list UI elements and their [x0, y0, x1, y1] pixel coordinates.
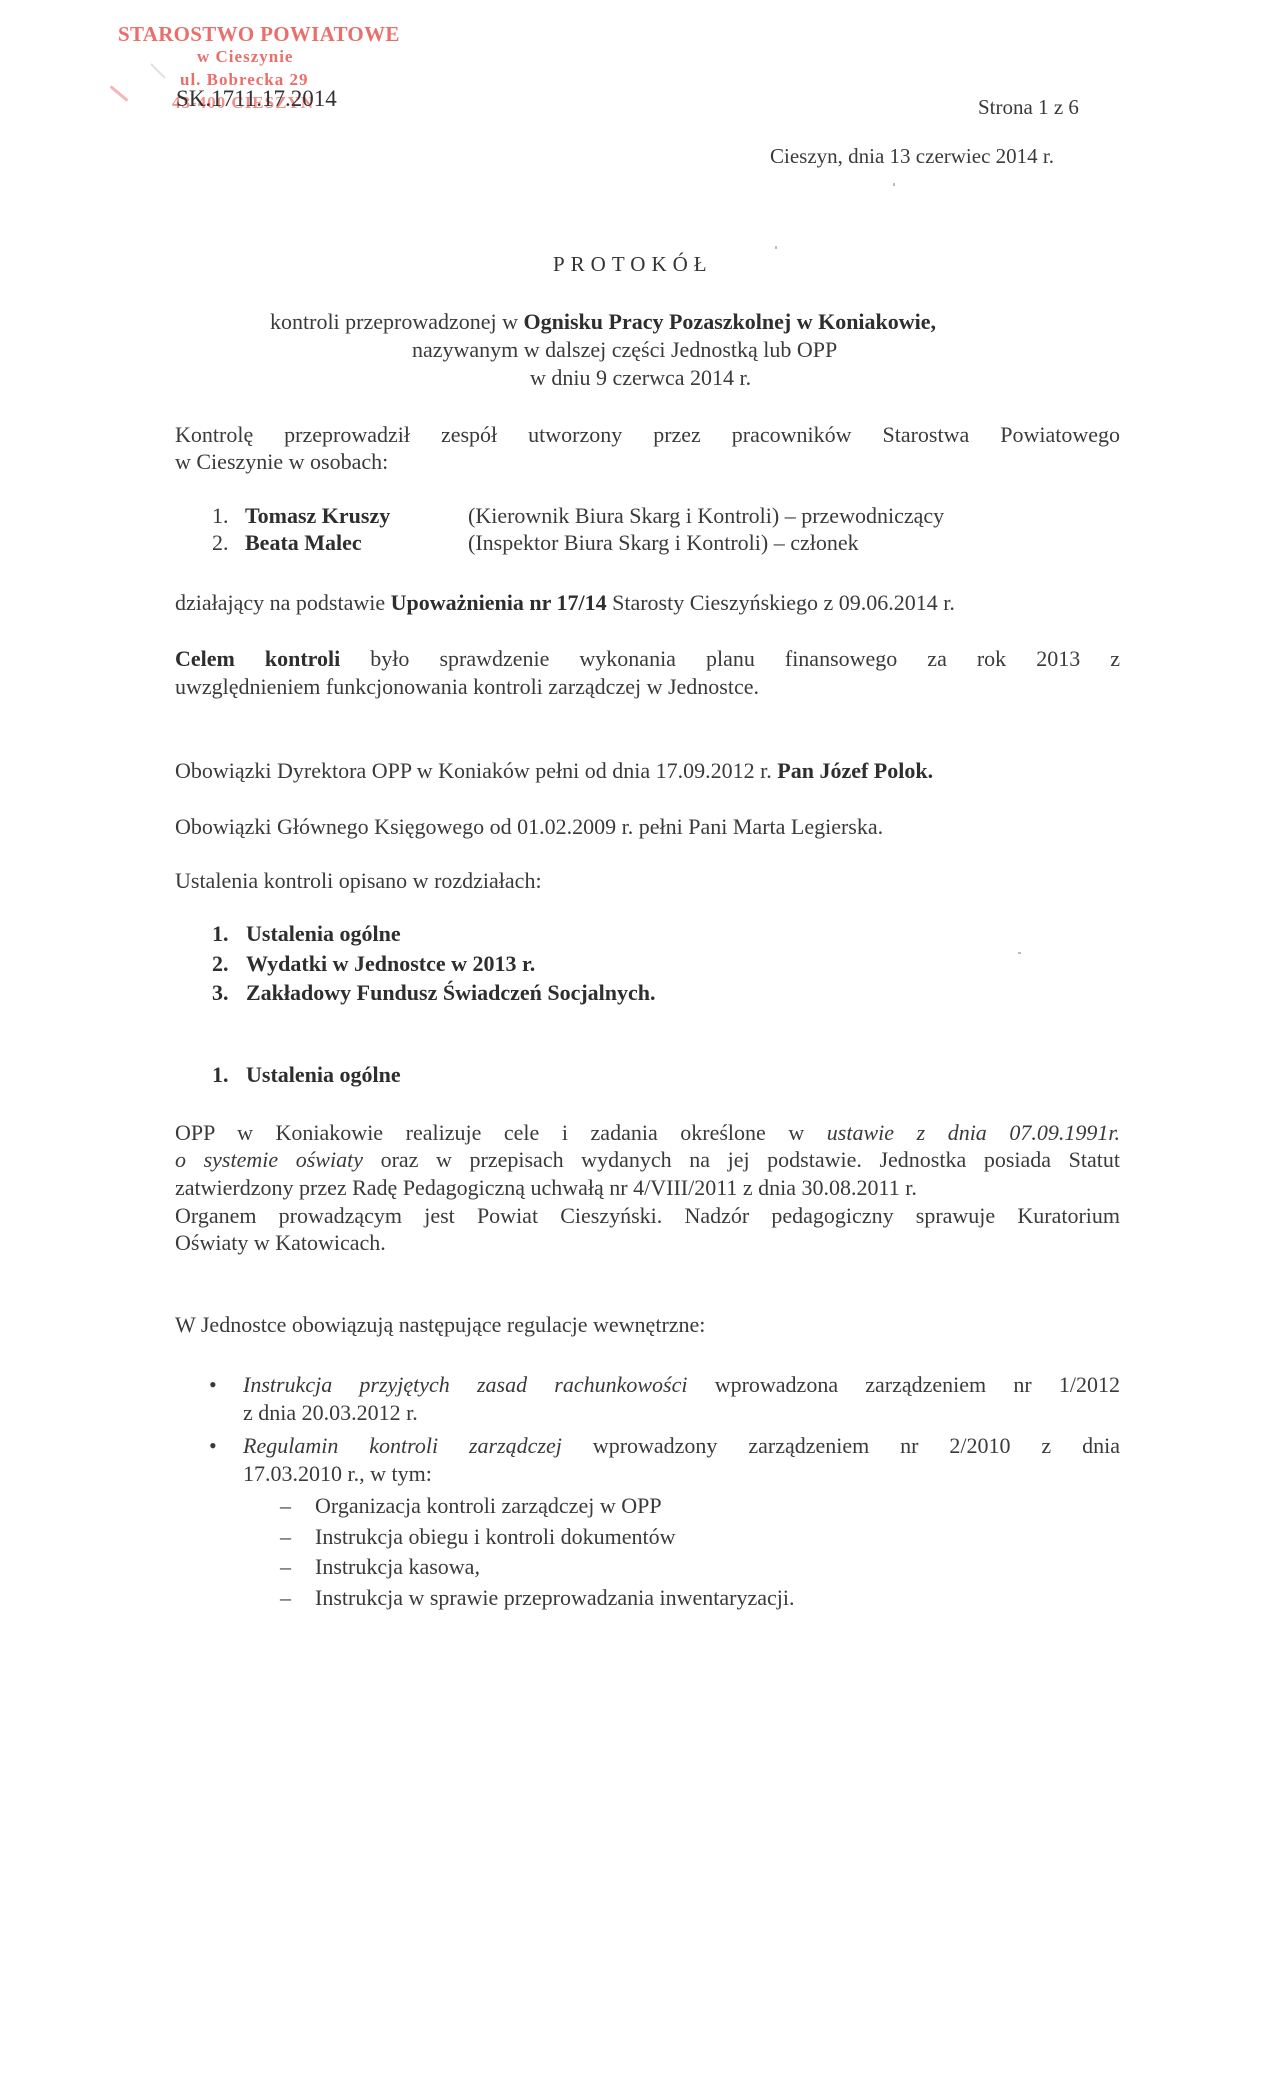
- regulation-item: Regulamin kontroli zarządczej wprowadzon…: [243, 1433, 1120, 1459]
- purpose-label: Celem kontroli: [175, 646, 340, 671]
- member-role: (Inspektor Biura Skarg i Kontroli) – czł…: [468, 530, 859, 556]
- authorization-suffix: Starosty Cieszyńskiego z 09.06.2014 r.: [607, 590, 955, 615]
- place-and-date: Cieszyn, dnia 13 czerwiec 2014 r.: [770, 143, 1054, 169]
- chapters-intro: Ustalenia kontroli opisano w rozdziałach…: [175, 868, 542, 894]
- document-title: PROTOKÓŁ: [553, 252, 713, 277]
- page-indicator: Strona 1 z 6: [978, 94, 1079, 120]
- regulation-item: Instrukcja przyjętych zasad rachunkowośc…: [243, 1372, 1120, 1398]
- authorization-number: Upoważnienia nr 17/14: [391, 590, 607, 615]
- regulation-item-cont: z dnia 20.03.2012 r.: [243, 1400, 418, 1426]
- regulation-text: wprowadzona zarządzeniem nr 1/2012: [688, 1372, 1121, 1397]
- para-text: oraz w przepisach wydanych na jej podsta…: [363, 1147, 1120, 1172]
- purpose-text: było sprawdzenie wykonania planu finanso…: [340, 646, 1120, 671]
- purpose-line1: Celem kontroli było sprawdzenie wykonani…: [175, 646, 1120, 672]
- member-number: 1.: [212, 503, 229, 529]
- sub-regulation-item: Organizacja kontroli zarządczej w OPP: [315, 1493, 662, 1519]
- stamp-line-office: STAROSTWO POWIATOWE: [118, 22, 400, 47]
- sub-regulation-item: Instrukcja kasowa,: [315, 1554, 480, 1580]
- section-heading: Ustalenia ogólne: [246, 1062, 401, 1088]
- regulations-intro: W Jednostce obowiązują następujące regul…: [175, 1312, 705, 1338]
- chapter-number: 2.: [212, 951, 229, 977]
- scan-speck: [775, 246, 777, 249]
- dash-icon: –: [280, 1493, 291, 1519]
- chapter-number: 3.: [212, 980, 229, 1006]
- dash-icon: –: [280, 1524, 291, 1550]
- dash-icon: –: [280, 1554, 291, 1580]
- chapter-number: 1.: [212, 921, 229, 947]
- title-alias-line: nazywanym w dalszej części Jednostką lub…: [412, 337, 837, 363]
- section1-para-line5: Oświaty w Katowicach.: [175, 1230, 386, 1256]
- para-text: OPP w Koniakowie realizuje cele i zadani…: [175, 1120, 827, 1145]
- chapter-item: Wydatki w Jednostce w 2013 r.: [246, 951, 535, 977]
- director-name: Pan Józef Polok.: [777, 758, 933, 783]
- section1-para-line1: OPP w Koniakowie realizuje cele i zadani…: [175, 1120, 1120, 1146]
- member-name: Tomasz Kruszy: [245, 503, 390, 529]
- regulation-title: Instrukcja przyjętych zasad rachunkowośc…: [243, 1372, 688, 1397]
- sub-regulation-item: Instrukcja obiegu i kontroli dokumentów: [315, 1524, 676, 1550]
- authorization-line: działający na podstawie Upoważnienia nr …: [175, 590, 955, 616]
- section1-para-line4: Organem prowadzącym jest Powiat Cieszyńs…: [175, 1203, 1120, 1229]
- section-number: 1.: [212, 1062, 229, 1088]
- member-number: 2.: [212, 530, 229, 556]
- regulation-item-cont: 17.03.2010 r., w tym:: [243, 1461, 432, 1487]
- law-title: o systemie oświaty: [175, 1147, 363, 1172]
- section1-para-line3: zatwierdzony przez Radę Pedagogiczną uch…: [175, 1175, 917, 1201]
- stamp-smudge: [110, 85, 129, 101]
- team-intro-line1: Kontrolę przeprowadził zespół utworzony …: [175, 422, 1120, 448]
- authorization-prefix: działający na podstawie: [175, 590, 391, 615]
- institution-name: Ognisku Pracy Pozaszkolnej w Koniakowie,: [524, 309, 937, 334]
- stamp-line-city: w Cieszynie: [197, 47, 293, 67]
- director-line: Obowiązki Dyrektora OPP w Koniaków pełni…: [175, 758, 933, 784]
- regulation-title: Regulamin kontroli zarządczej: [243, 1433, 562, 1458]
- chapter-item: Zakładowy Fundusz Świadczeń Socjalnych.: [246, 980, 656, 1006]
- pen-mark: [150, 63, 166, 79]
- bullet-icon: •: [209, 1433, 217, 1459]
- inspection-date: w dniu 9 czerwca 2014 r.: [530, 365, 751, 391]
- sub-regulation-item: Instrukcja w sprawie przeprowadzania inw…: [315, 1585, 795, 1611]
- title-subject-prefix: kontroli przeprowadzonej w: [270, 309, 524, 334]
- director-text: Obowiązki Dyrektora OPP w Koniaków pełni…: [175, 758, 777, 783]
- chapter-item: Ustalenia ogólne: [246, 921, 401, 947]
- scan-speck: [1018, 952, 1021, 954]
- purpose-line2: uwzględnieniem funkcjonowania kontroli z…: [175, 674, 759, 700]
- regulation-text: wprowadzony zarządzeniem nr 2/2010 z dni…: [562, 1433, 1120, 1458]
- law-citation: ustawie z dnia 07.09.1991r.: [827, 1120, 1120, 1145]
- section1-para-line2: o systemie oświaty oraz w przepisach wyd…: [175, 1147, 1120, 1173]
- bullet-icon: •: [209, 1372, 217, 1398]
- scan-speck: [893, 183, 895, 186]
- team-intro-line2: w Cieszynie w osobach:: [175, 449, 388, 475]
- member-name: Beata Malec: [245, 530, 362, 556]
- title-subject-line: kontroli przeprowadzonej w Ognisku Pracy…: [270, 309, 936, 335]
- member-role: (Kierownik Biura Skarg i Kontroli) – prz…: [468, 503, 944, 529]
- document-reference-number: SK.1711.17.2014: [176, 86, 337, 112]
- accountant-line: Obowiązki Głównego Księgowego od 01.02.2…: [175, 814, 883, 840]
- dash-icon: –: [280, 1585, 291, 1611]
